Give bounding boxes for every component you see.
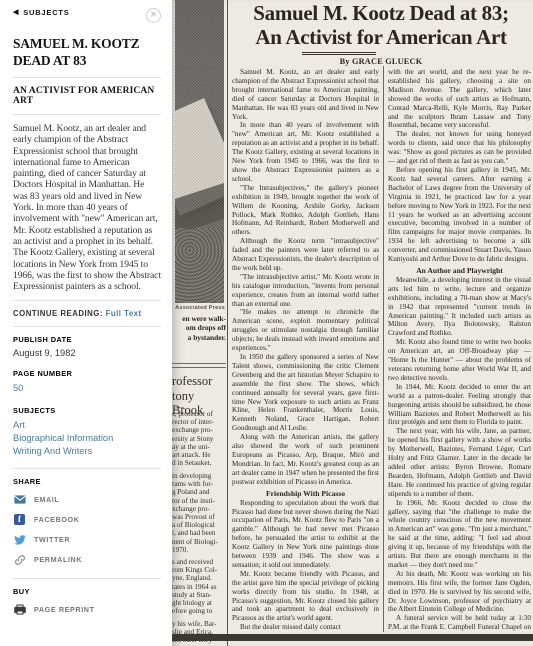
article-paragraph: Before opening his first gallery in 1945… [388, 166, 531, 264]
article-subhead: An Author and Playwright [388, 266, 531, 275]
byline: By GRACE GLUECK [230, 57, 532, 66]
subject-link-biographical-information[interactable]: Biographical Information [13, 432, 161, 445]
scan-headline-line2: An Activist for American Art [230, 25, 532, 49]
divider [13, 468, 161, 469]
adjacent-article-text-fragment: in developing rams with for- g Poland an… [172, 472, 227, 554]
continue-reading-row: CONTINUE READING: Full Text [13, 309, 161, 318]
share-twitter-button[interactable]: TWITTER [13, 533, 161, 546]
article-paragraph: At his death, Mr. Kootz was working on h… [388, 570, 531, 615]
subjects-label: SUBJECTS [13, 406, 161, 415]
share-facebook-label: FACEBOOK [34, 515, 80, 524]
divider [13, 300, 161, 301]
article-summary: Samuel M. Kootz, an art dealer and early… [13, 123, 161, 292]
share-label: SHARE [13, 477, 161, 486]
article-paragraph: Mr. Kootz became friendly with Picasso, … [232, 570, 379, 623]
scan-rule [172, 367, 226, 368]
back-to-subjects-button[interactable]: ◀ SUBJECTS [13, 8, 70, 17]
article-paragraph: "He makes no attempt to chronicle the Am… [232, 308, 379, 353]
article-paragraph: A funeral service will be held today at … [388, 614, 531, 632]
share-facebook-button[interactable]: f FACEBOOK [13, 513, 161, 526]
page-number-label: PAGE NUMBER [13, 369, 161, 378]
scan-headline-line1: Samuel M. Kootz Dead at 83; [230, 1, 532, 25]
permalink-icon [13, 553, 26, 566]
buy-label: BUY [13, 587, 161, 596]
divider [13, 114, 161, 115]
adjacent-article-photo [175, 0, 224, 303]
scan-rule [172, 363, 226, 364]
photo-grain-texture [175, 0, 224, 303]
article-paragraph: In 1944, Mr. Kootz decided to enter the … [388, 383, 531, 428]
publish-date-label: PUBLISH DATE [13, 335, 161, 344]
adjacent-article-text-fragment: s, professor of rector of inter- exchang… [172, 410, 227, 467]
article-paragraph: Meanwhile, a developing interest in the … [388, 276, 531, 338]
article-paragraph: Along with the American artists, the gal… [232, 433, 379, 486]
share-twitter-label: TWITTER [34, 535, 70, 544]
divider [13, 326, 161, 327]
sidebar-subheadline: AN ACTIVIST FOR AMERICAN ART [13, 86, 161, 106]
article-paragraph: The next year, with his wife, Jane, as p… [388, 427, 531, 498]
article-paragraph: Responding to speculation about the work… [232, 499, 379, 570]
divider [13, 77, 161, 78]
article-paragraph: In more than 40 years of involvement wit… [232, 121, 379, 183]
scan-article-headline: Samuel M. Kootz Dead at 83; An Activist … [230, 1, 532, 49]
share-permalink-button[interactable]: PERMALINK [13, 553, 161, 566]
article-column-1: Samuel M. Kootz, an art dealer and early… [232, 68, 379, 632]
photo-credit: Associated Press [172, 305, 225, 311]
article-paragraph: Samuel M. Kootz, an art dealer and early… [232, 68, 379, 121]
article-paragraph: Although the Kootz term "intrasubjective… [232, 237, 379, 273]
twitter-icon [13, 533, 26, 546]
scan-bottom-rule [172, 634, 533, 641]
sidebar-topbar: ◀ SUBJECTS ✕ [13, 8, 161, 28]
publish-date-value: August 9, 1982 [13, 348, 161, 358]
article-paragraph: Mr. Kootz also found time to write two b… [388, 338, 531, 383]
continue-reading-label: CONTINUE READING: [13, 309, 103, 318]
share-email-label: EMAIL [34, 495, 59, 504]
article-column-2: with the art world, and the next year he… [388, 68, 531, 632]
close-icon[interactable]: ✕ [146, 8, 161, 23]
printer-icon [13, 603, 26, 616]
sidebar-headline: SAMUEL M. KOOTZ DEAD AT 83 [13, 36, 161, 69]
article-paragraph: "The intrasubjective artist," Mr. Kootz … [232, 273, 379, 309]
adjacent-photo-caption: en were walk- om drops off a bystander. [172, 314, 226, 342]
buy-page-reprint-label: PAGE REPRINT [34, 605, 95, 614]
buy-page-reprint-button[interactable]: PAGE REPRINT [13, 603, 161, 616]
article-paragraph: In 1950 the gallery sponsored a series o… [232, 353, 379, 433]
article-paragraph: The dealer, not known for using honeyed … [388, 130, 531, 166]
article-paragraph: with the art world, and the next year he… [388, 68, 531, 130]
adjacent-article-text-fragment: s and received rom Kings Col- yne, Engla… [172, 558, 227, 615]
column-rule [383, 66, 384, 632]
subject-link-art[interactable]: Art [13, 419, 161, 432]
article-subhead: Friendship With Picasso [232, 489, 379, 498]
column-rule [227, 0, 228, 646]
envelope-icon [13, 493, 26, 506]
back-arrow-icon: ◀ [13, 9, 19, 16]
share-permalink-label: PERMALINK [34, 555, 82, 564]
newspaper-scan-viewport[interactable]: Associated Press en were walk- om drops … [172, 0, 533, 646]
back-label: SUBJECTS [23, 8, 69, 17]
article-detail-sidebar: ◀ SUBJECTS ✕ SAMUEL M. KOOTZ DEAD AT 83 … [0, 0, 172, 646]
article-paragraph: In 1966, Mr. Kootz decided to close the … [388, 499, 531, 570]
full-text-link[interactable]: Full Text [106, 309, 142, 318]
subject-link-writing-and-writers[interactable]: Writing And Writers [13, 445, 161, 458]
headline-rule [302, 52, 376, 55]
divider [13, 578, 161, 579]
share-email-button[interactable]: EMAIL [13, 493, 161, 506]
article-paragraph: But the dealer missed daily contact [232, 623, 379, 632]
article-paragraph: "The Intrasubjectives," the gallery's pi… [232, 184, 379, 237]
facebook-icon: f [13, 513, 26, 526]
page-number-link[interactable]: 50 [13, 382, 161, 395]
